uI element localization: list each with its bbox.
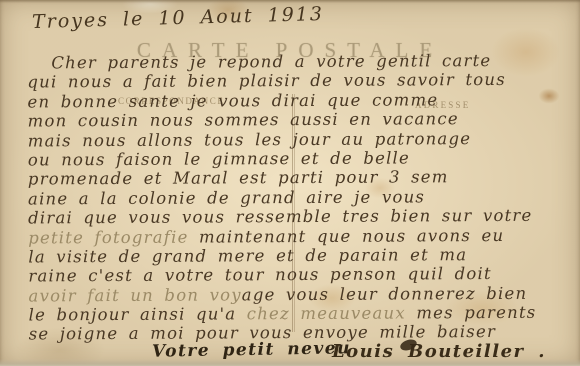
handwriting-segment: en bonne sante je vous dirai que comme (27, 90, 438, 111)
handwritten-lines: Cher parents je repond a votre gentil ca… (27, 51, 580, 345)
worn-edge-bottom (0, 359, 580, 366)
handwriting-segment: qui nous a fait bien plaisir de vous sav… (27, 70, 506, 92)
worn-edge-top (0, 0, 580, 3)
handwriting-segment: promenade et Maral est parti pour 3 sem (28, 168, 449, 189)
handwriting-segment: petite fotografie (28, 227, 199, 247)
handwriting-segment: raine c'est a votre tour nous penson qui… (28, 264, 492, 285)
handwriting-segment: age vous leur donnerez bien (242, 284, 528, 304)
handwriting-segment: dirai que vous vous ressemble tres bien … (28, 206, 532, 228)
handwriting-segment: maintenant que nous avons eu (199, 225, 504, 246)
handwritten-line: le bonjour ainsi qu'a chez meauveaux mes… (29, 303, 580, 325)
handwriting-segment: mon cousin nous sommes aussi en vacance (28, 109, 459, 130)
handwriting-segment: mais nous allons tous les jour au patron… (28, 129, 472, 150)
handwritten-line: qui nous a fait bien plaisir de vous sav… (27, 70, 579, 92)
handwriting-segment: mes parents (416, 303, 536, 323)
handwriting-segment: avoir fait un bon voy (28, 285, 241, 305)
handwriting-segment: Cher parents je repond a votre gentil ca… (51, 51, 491, 72)
handwritten-line: petite fotografie maintenant que nous av… (28, 225, 580, 247)
handwriting-segment: le bonjour ainsi qu'a (29, 304, 247, 324)
postcard-back: CARTE POSTALE CORRESPONDANCE ADRESSE Tro… (0, 0, 580, 366)
handwriting-segment: la visite de grand mere et de parain et … (28, 245, 467, 266)
handwriting-segment: chez meauveaux (247, 303, 417, 323)
date-line: Troyes le 10 Aout 1913 (32, 3, 324, 33)
handwriting-segment: ou nous faison le gimnase et de belle (28, 148, 410, 169)
handwriting-segment: aine a la colonie de grand aire je vous (28, 187, 425, 208)
